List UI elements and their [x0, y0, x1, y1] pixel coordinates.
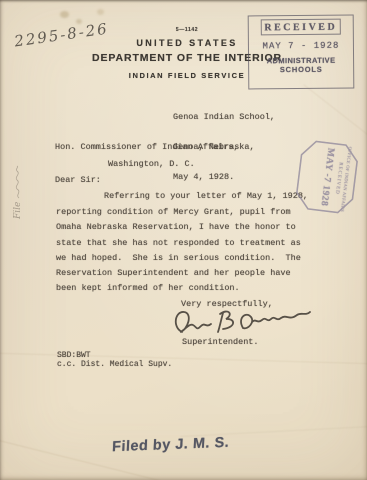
inside-address-line2: Washington, D. C.: [108, 159, 195, 169]
dateline-date: May 4, 1928.: [173, 172, 275, 182]
margin-annotation-text: File: [13, 202, 23, 219]
paper-stain: [97, 9, 104, 15]
received-stamp-title: RECEIVED: [261, 19, 341, 36]
body-line: state that she has not responded to trea…: [56, 238, 301, 248]
illegible-scrawl-icon: [13, 165, 23, 199]
body-line: Omaha Nebraska Reservation, I have the h…: [56, 222, 296, 232]
received-stamp: RECEIVED MAY 7 - 1928 ADMINISTRATIVE SCH…: [248, 15, 355, 90]
salutation: Dear Sir:: [55, 175, 101, 185]
cc-line: c.c. Dist. Medical Supv.: [57, 360, 172, 370]
body-line: Referring to your letter of May 1, 1928,: [104, 191, 308, 201]
body-line: been kept informed of her condition.: [56, 283, 240, 293]
dateline-school: Genoa Indian School,: [173, 112, 275, 122]
signature-title: Superintendent.: [182, 337, 259, 347]
body-line: Reservation Superintendent and her peopl…: [56, 268, 291, 278]
received-stamp-date: MAY 7 - 1928: [249, 41, 353, 52]
signature: [170, 305, 312, 339]
signature-ink-icon: [170, 305, 312, 339]
body-line: we had hoped. She is in serious conditio…: [56, 253, 301, 263]
filed-stamp: Filed by J. M. S.: [112, 435, 230, 456]
body-line: reporting condition of Mercy Grant, pupi…: [56, 207, 291, 217]
octagon-received-stamp: OFFICE OF INDIAN AFFAIRS RECEIVED MAY -7…: [294, 139, 360, 216]
paper-stain: [60, 11, 69, 18]
paper-crease: [0, 353, 367, 365]
received-stamp-dept-line2: SCHOOLS: [249, 65, 353, 75]
scanned-letter: 2295-8-26 5—1142 UNITED STATES DEPARTMEN…: [0, 0, 367, 480]
inside-address-line1: Hon. Commissioner of Indian Affairs,: [55, 142, 239, 152]
margin-annotation: File: [11, 147, 25, 219]
